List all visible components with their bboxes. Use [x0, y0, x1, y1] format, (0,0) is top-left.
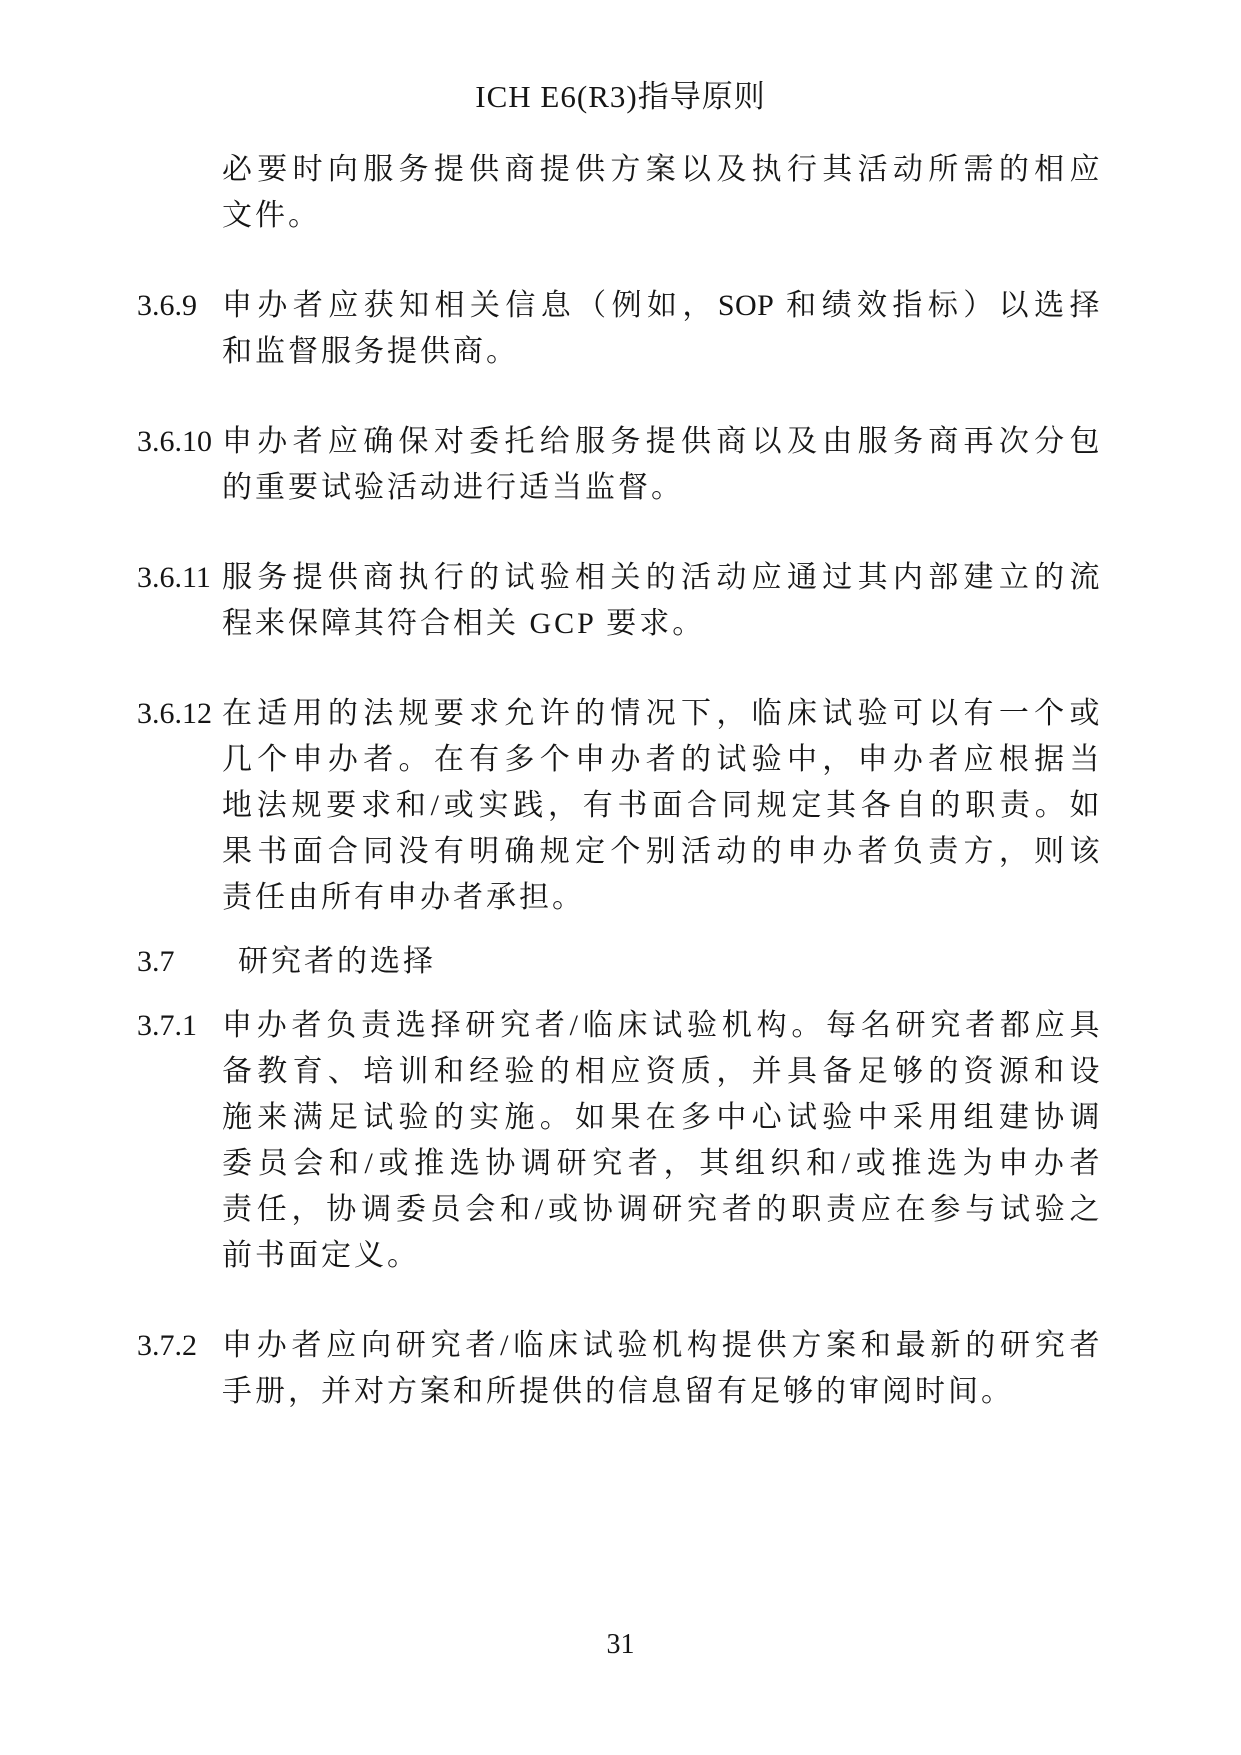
text-line: 必要时向服务提供商提供方案以及执行其活动所需的相应	[222, 147, 1100, 193]
clause-number: 3.7.2	[137, 1323, 222, 1369]
text-line: 责任由所有申办者承担。	[222, 875, 1100, 921]
text-line: 施来满足试验的实施。如果在多中心试验中采用组建协调	[222, 1095, 1100, 1141]
text-line: 果书面合同没有明确规定个别活动的申办者负责方，则该	[222, 829, 1100, 875]
text-line: 手册，并对方案和所提供的信息留有足够的审阅时间。	[222, 1369, 1100, 1415]
clause-paragraph: 3.6.12在适用的法规要求允许的情况下，临床试验可以有一个或几个申办者。在有多…	[137, 691, 1100, 921]
text-line: 申办者应获知相关信息（例如，SOP 和绩效指标）以选择	[222, 283, 1100, 329]
text-line: 程来保障其符合相关 GCP 要求。	[222, 601, 1100, 647]
clause-paragraph: 3.6.11服务提供商执行的试验相关的活动应通过其内部建立的流程来保障其符合相关…	[137, 555, 1100, 647]
clause-text: 申办者应获知相关信息（例如，SOP 和绩效指标）以选择和监督服务提供商。	[222, 283, 1100, 375]
document-page: ICH E6(R3)指导原则 必要时向服务提供商提供方案以及执行其活动所需的相应…	[0, 0, 1241, 1755]
clause-text: 在适用的法规要求允许的情况下，临床试验可以有一个或几个申办者。在有多个申办者的试…	[222, 691, 1100, 921]
text-line: 备教育、培训和经验的相应资质，并具备足够的资源和设	[222, 1049, 1100, 1095]
clause-text: 必要时向服务提供商提供方案以及执行其活动所需的相应文件。	[222, 147, 1100, 239]
page-number: 31	[0, 1622, 1241, 1668]
clause-paragraph: 3.7.2申办者应向研究者/临床试验机构提供方案和最新的研究者手册，并对方案和所…	[137, 1323, 1100, 1415]
clause-number: 3.6.9	[137, 283, 222, 329]
text-line: 研究者的选择	[238, 939, 1100, 985]
text-line: 文件。	[222, 193, 1100, 239]
text-line: 地法规要求和/或实践，有书面合同规定其各自的职责。如	[222, 783, 1100, 829]
text-line: 和监督服务提供商。	[222, 329, 1100, 375]
text-line: 几个申办者。在有多个申办者的试验中，申办者应根据当	[222, 737, 1100, 783]
content: 必要时向服务提供商提供方案以及执行其活动所需的相应文件。3.6.9申办者应获知相…	[0, 147, 1241, 1415]
text-line: 委员会和/或推选协调研究者，其组织和/或推选为申办者	[222, 1141, 1100, 1187]
clause-text: 研究者的选择	[222, 939, 1100, 985]
clause-number: 3.7	[137, 939, 222, 985]
section-heading: 3.7研究者的选择	[137, 939, 1100, 985]
text-line: 在适用的法规要求允许的情况下，临床试验可以有一个或	[222, 691, 1100, 737]
clause-number: 3.6.10	[137, 419, 222, 465]
clause-number: 3.6.11	[137, 555, 222, 601]
clause-text: 申办者应向研究者/临床试验机构提供方案和最新的研究者手册，并对方案和所提供的信息…	[222, 1323, 1100, 1415]
clause-text: 申办者负责选择研究者/临床试验机构。每名研究者都应具备教育、培训和经验的相应资质…	[222, 1003, 1100, 1279]
clause-paragraph: 必要时向服务提供商提供方案以及执行其活动所需的相应文件。	[137, 147, 1100, 239]
clause-text: 申办者应确保对委托给服务提供商以及由服务商再次分包的重要试验活动进行适当监督。	[222, 419, 1100, 511]
page-header: ICH E6(R3)指导原则	[0, 0, 1241, 120]
clause-paragraph: 3.6.10申办者应确保对委托给服务提供商以及由服务商再次分包的重要试验活动进行…	[137, 419, 1100, 511]
text-line: 责任，协调委员会和/或协调研究者的职责应在参与试验之	[222, 1187, 1100, 1233]
text-line: 服务提供商执行的试验相关的活动应通过其内部建立的流	[222, 555, 1100, 601]
clause-paragraph: 3.7.1申办者负责选择研究者/临床试验机构。每名研究者都应具备教育、培训和经验…	[137, 1003, 1100, 1279]
text-line: 的重要试验活动进行适当监督。	[222, 465, 1100, 511]
text-line: 申办者负责选择研究者/临床试验机构。每名研究者都应具	[222, 1003, 1100, 1049]
clause-paragraph: 3.6.9申办者应获知相关信息（例如，SOP 和绩效指标）以选择和监督服务提供商…	[137, 283, 1100, 375]
text-line: 前书面定义。	[222, 1233, 1100, 1279]
text-line: 申办者应确保对委托给服务提供商以及由服务商再次分包	[222, 419, 1100, 465]
clause-number: 3.6.12	[137, 691, 222, 737]
text-line: 申办者应向研究者/临床试验机构提供方案和最新的研究者	[222, 1323, 1100, 1369]
clause-number: 3.7.1	[137, 1003, 222, 1049]
clause-text: 服务提供商执行的试验相关的活动应通过其内部建立的流程来保障其符合相关 GCP 要…	[222, 555, 1100, 647]
